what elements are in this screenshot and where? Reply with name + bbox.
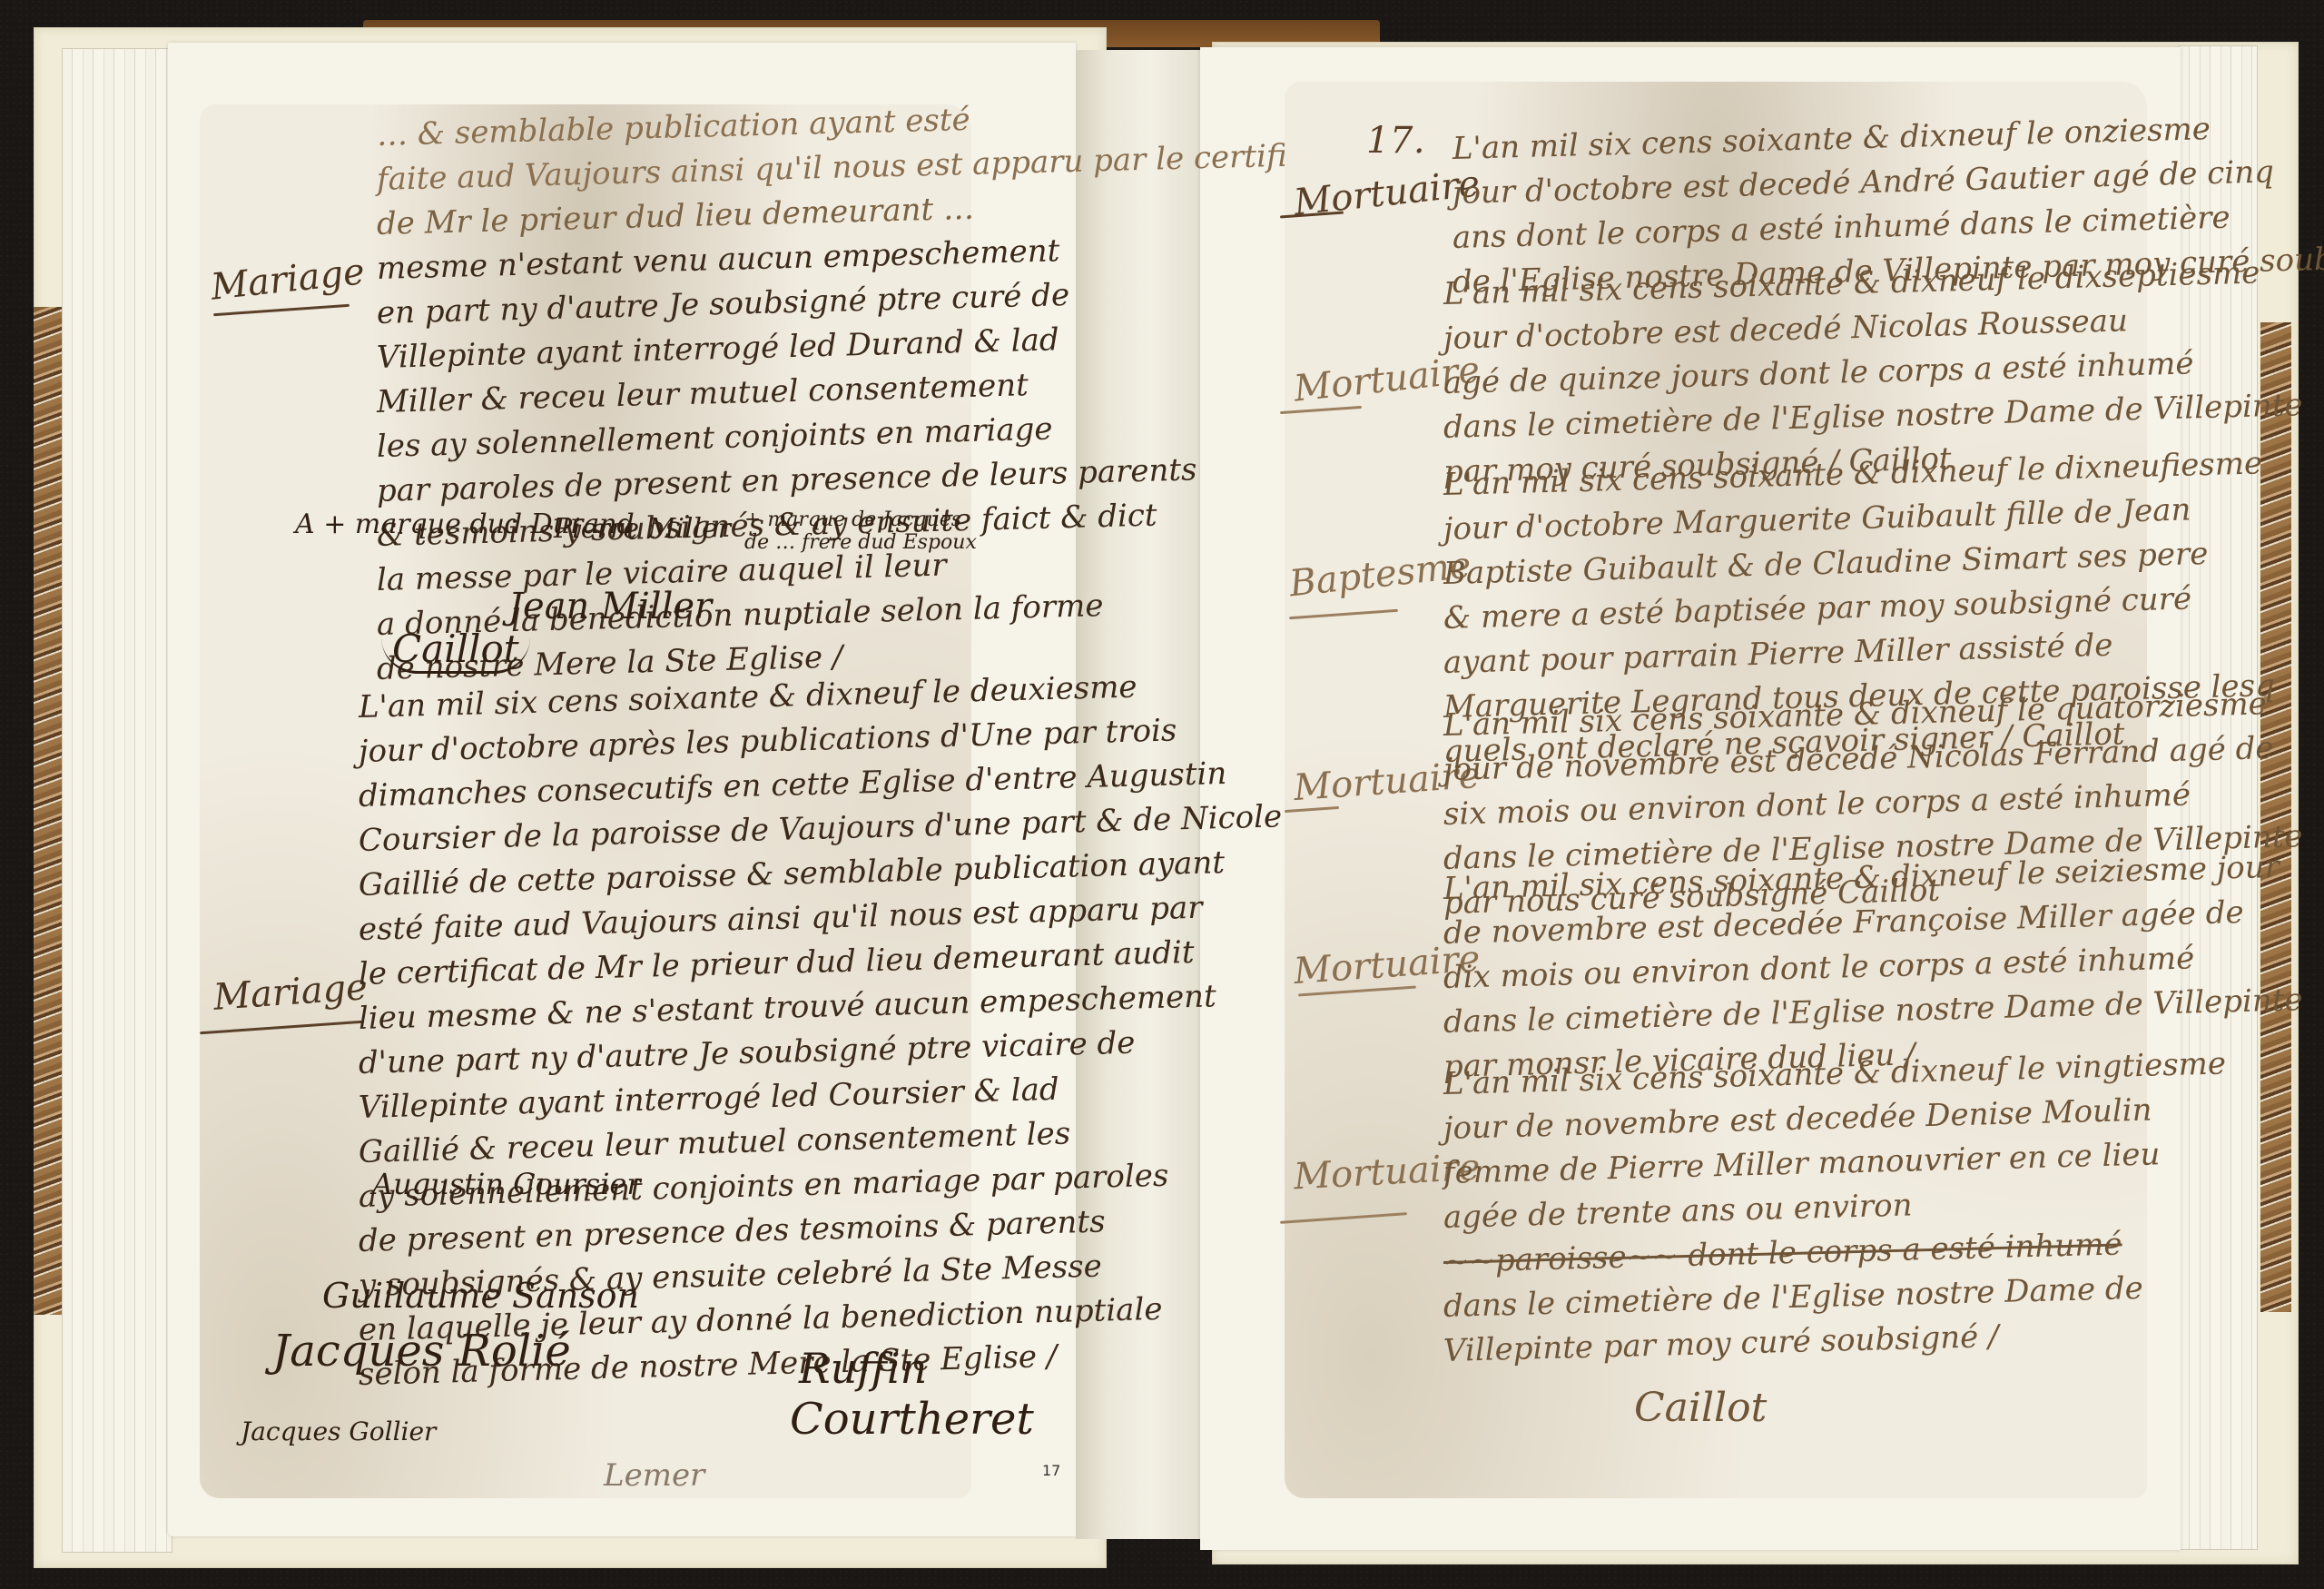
signature-caillot-final: Caillot — [1634, 1385, 1767, 1431]
marbled-board-left — [34, 307, 64, 1315]
signature-jacques-rolie: Jacques Rolié — [272, 1326, 571, 1377]
signature-pierre-miller: Pierre Miller — [554, 513, 731, 545]
right-entry-6: L'an mil six cens soixante & dixneuf le … — [1443, 1062, 2226, 1374]
signature-augustin-coursier: Augustin Coursier — [372, 1167, 641, 1201]
folio-number: 17. — [1366, 123, 1425, 159]
folio-mark: 17 — [1042, 1462, 1060, 1479]
signature-jacques-gollier: Jacques Gollier — [241, 1416, 436, 1446]
signature-lemer: Lemer — [604, 1457, 704, 1494]
page-stack-left — [62, 48, 172, 1553]
open-register: Mariage … & semblable publication ayant … — [0, 0, 2324, 1589]
signature-courtheret: Courtheret — [790, 1394, 1034, 1445]
signature-jean-miller: Jean Miller — [508, 586, 712, 627]
signature-caillot: Caillot — [381, 627, 530, 674]
signature-ruffin: Ruffin — [799, 1344, 927, 1393]
signature-guillaume-sanson: Guillaume Sanson — [322, 1276, 639, 1316]
signature-mark-jacques: + marque de Jacques de … frere dud Espou… — [744, 508, 980, 554]
